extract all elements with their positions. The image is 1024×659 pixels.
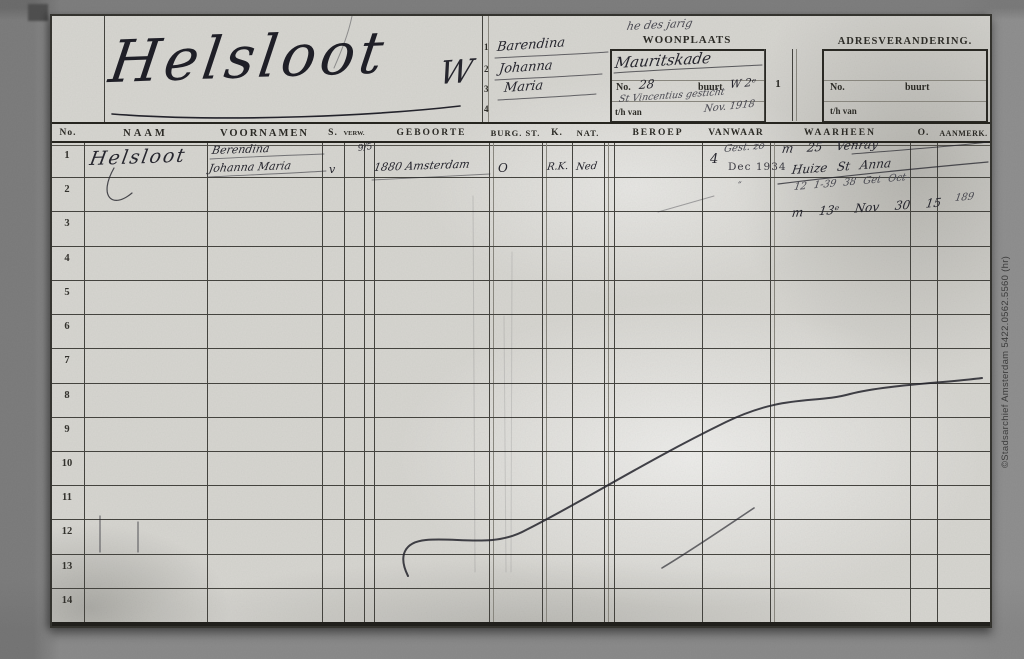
name-list-num-2: 2 [484,64,489,74]
surname-handwriting: Helsloot [105,18,391,96]
adres-divider [824,80,986,81]
surname-loop-stroke [107,168,132,200]
row-number: 1 [52,150,82,161]
woonplaats-no-value: 28 [638,77,655,92]
woonplaats-title: WOONPLAATS [610,34,764,46]
card-bottom-edge [52,622,990,626]
adres-no-label: No. [830,82,845,93]
row1-nationaliteit: Ned [575,161,597,173]
grid-hline [52,280,990,281]
grid-hline [52,519,990,520]
col-header-naam: NAAM [84,125,207,141]
row-number: 6 [52,321,82,332]
name-1-handwriting: Barendina [496,35,566,55]
scribble-above-woonplaats: he des jarig [626,16,694,33]
archive-stamp: ©Stadsarchief Amsterdam 5422.0562.5560 (… [1000,256,1011,468]
name-list-num-1: 1 [484,42,489,52]
row1-vanwaar-mark: 4 [710,152,718,167]
col-header-voornamen: VOORNAMEN [207,125,322,141]
row-number: 14 [52,595,82,606]
row1-vanwaar-line1: Gest. zo [723,140,765,155]
col-header-k: K. [542,125,572,141]
row1-geslacht: v [329,163,335,176]
row-number: 10 [52,458,82,469]
col-header-vanwaar: VANWAAR [702,125,770,141]
col-header-verw: VERW. [344,125,364,141]
row-number: 7 [52,355,82,366]
scan-corner-blot [28,4,48,21]
row1-naam-handwriting: Helsloot [88,145,188,171]
row-number: 12 [52,526,82,537]
short-pen-stroke [662,508,754,568]
row1-burgerlijke-staat: O [498,161,508,175]
name-list-num-4: 4 [484,104,489,114]
grid-hline [52,348,990,349]
grid-vline [104,16,105,122]
adres-th-label: t/h van [830,106,857,116]
col-header-burg-st: BURG. ST. [489,125,542,141]
grid-vline [482,16,483,122]
row1-geboorteplaats: 1880 Amsterdam [373,158,471,174]
scanned-register-card-page: { "page": { "stamp": "©Stadsarchief Amst… [0,0,1024,659]
woonplaats-no-label: No. [616,82,631,93]
row1-voornamen-line1: Berendina [211,142,271,157]
row1-voornamen-line2: Johanna Maria [208,159,292,175]
row-number: 11 [52,492,82,503]
grid-hline [52,383,990,384]
grid-hline [52,451,990,452]
woonplaats-th-label: t/h van [615,107,642,117]
waarheen-line3b: 189 [954,191,975,204]
col-header-beroep: BEROEP [614,125,702,141]
grid-vline [764,49,765,121]
col-header-aanmerk: AANMERK. [937,125,990,141]
row-number: 4 [52,253,82,264]
grid-hline [52,417,990,418]
scratch-stroke [511,252,512,572]
row-number: 2 [52,184,82,195]
faint-diagonal-stroke [658,196,714,212]
long-pen-stroke [403,378,982,576]
row-number: 13 [52,561,82,572]
row2-ditto-mark: ″ [738,181,742,192]
col-header-nat: NAT. [572,125,604,141]
row-number: 5 [52,287,82,298]
header-rule-top [52,122,990,124]
scratch-stroke [473,196,475,572]
grid-hline [52,485,990,486]
row1-kerk: R.K. [546,161,569,173]
between-cell-value: 1 [768,78,788,90]
row-number: 8 [52,390,82,401]
grid-hline [52,246,990,247]
adresverandering-title: ADRESVERANDERING. [822,36,988,47]
row-number: 9 [52,424,82,435]
row-number: 3 [52,218,82,229]
col-header-s: S. [322,125,344,141]
row1-geboortedag: 9/5 [357,142,373,154]
name-2-handwriting: Johanna [498,58,553,77]
grid-hline [52,588,990,589]
grid-vline [796,49,797,121]
adres-buurt-label: buurt [905,82,929,93]
col-header-geboorte: GEBOORTE [374,125,489,141]
grid-hline [52,554,990,555]
adres-divider [824,101,986,102]
surname-mark-handwriting: W [437,51,475,92]
surname-underline-stroke [112,106,460,118]
row1-vanwaar-line2: Dec 1934 [728,161,787,173]
waarheen-line4: m 13ᵉ Nov 30 15 [791,195,942,220]
name-3-handwriting: Maria [503,78,544,96]
col-header-no: No. [52,125,84,141]
col-header-o: O. [910,125,937,141]
grid-hline [52,314,990,315]
scratch-stroke [504,316,506,572]
grid-vline [792,49,793,121]
register-card: Helsloot W 1 2 3 4 Barendina Johanna Mar… [50,14,992,628]
name-list-num-3: 3 [484,84,489,94]
woonplaats-buurt-value: W 2ᵉ [729,76,756,91]
